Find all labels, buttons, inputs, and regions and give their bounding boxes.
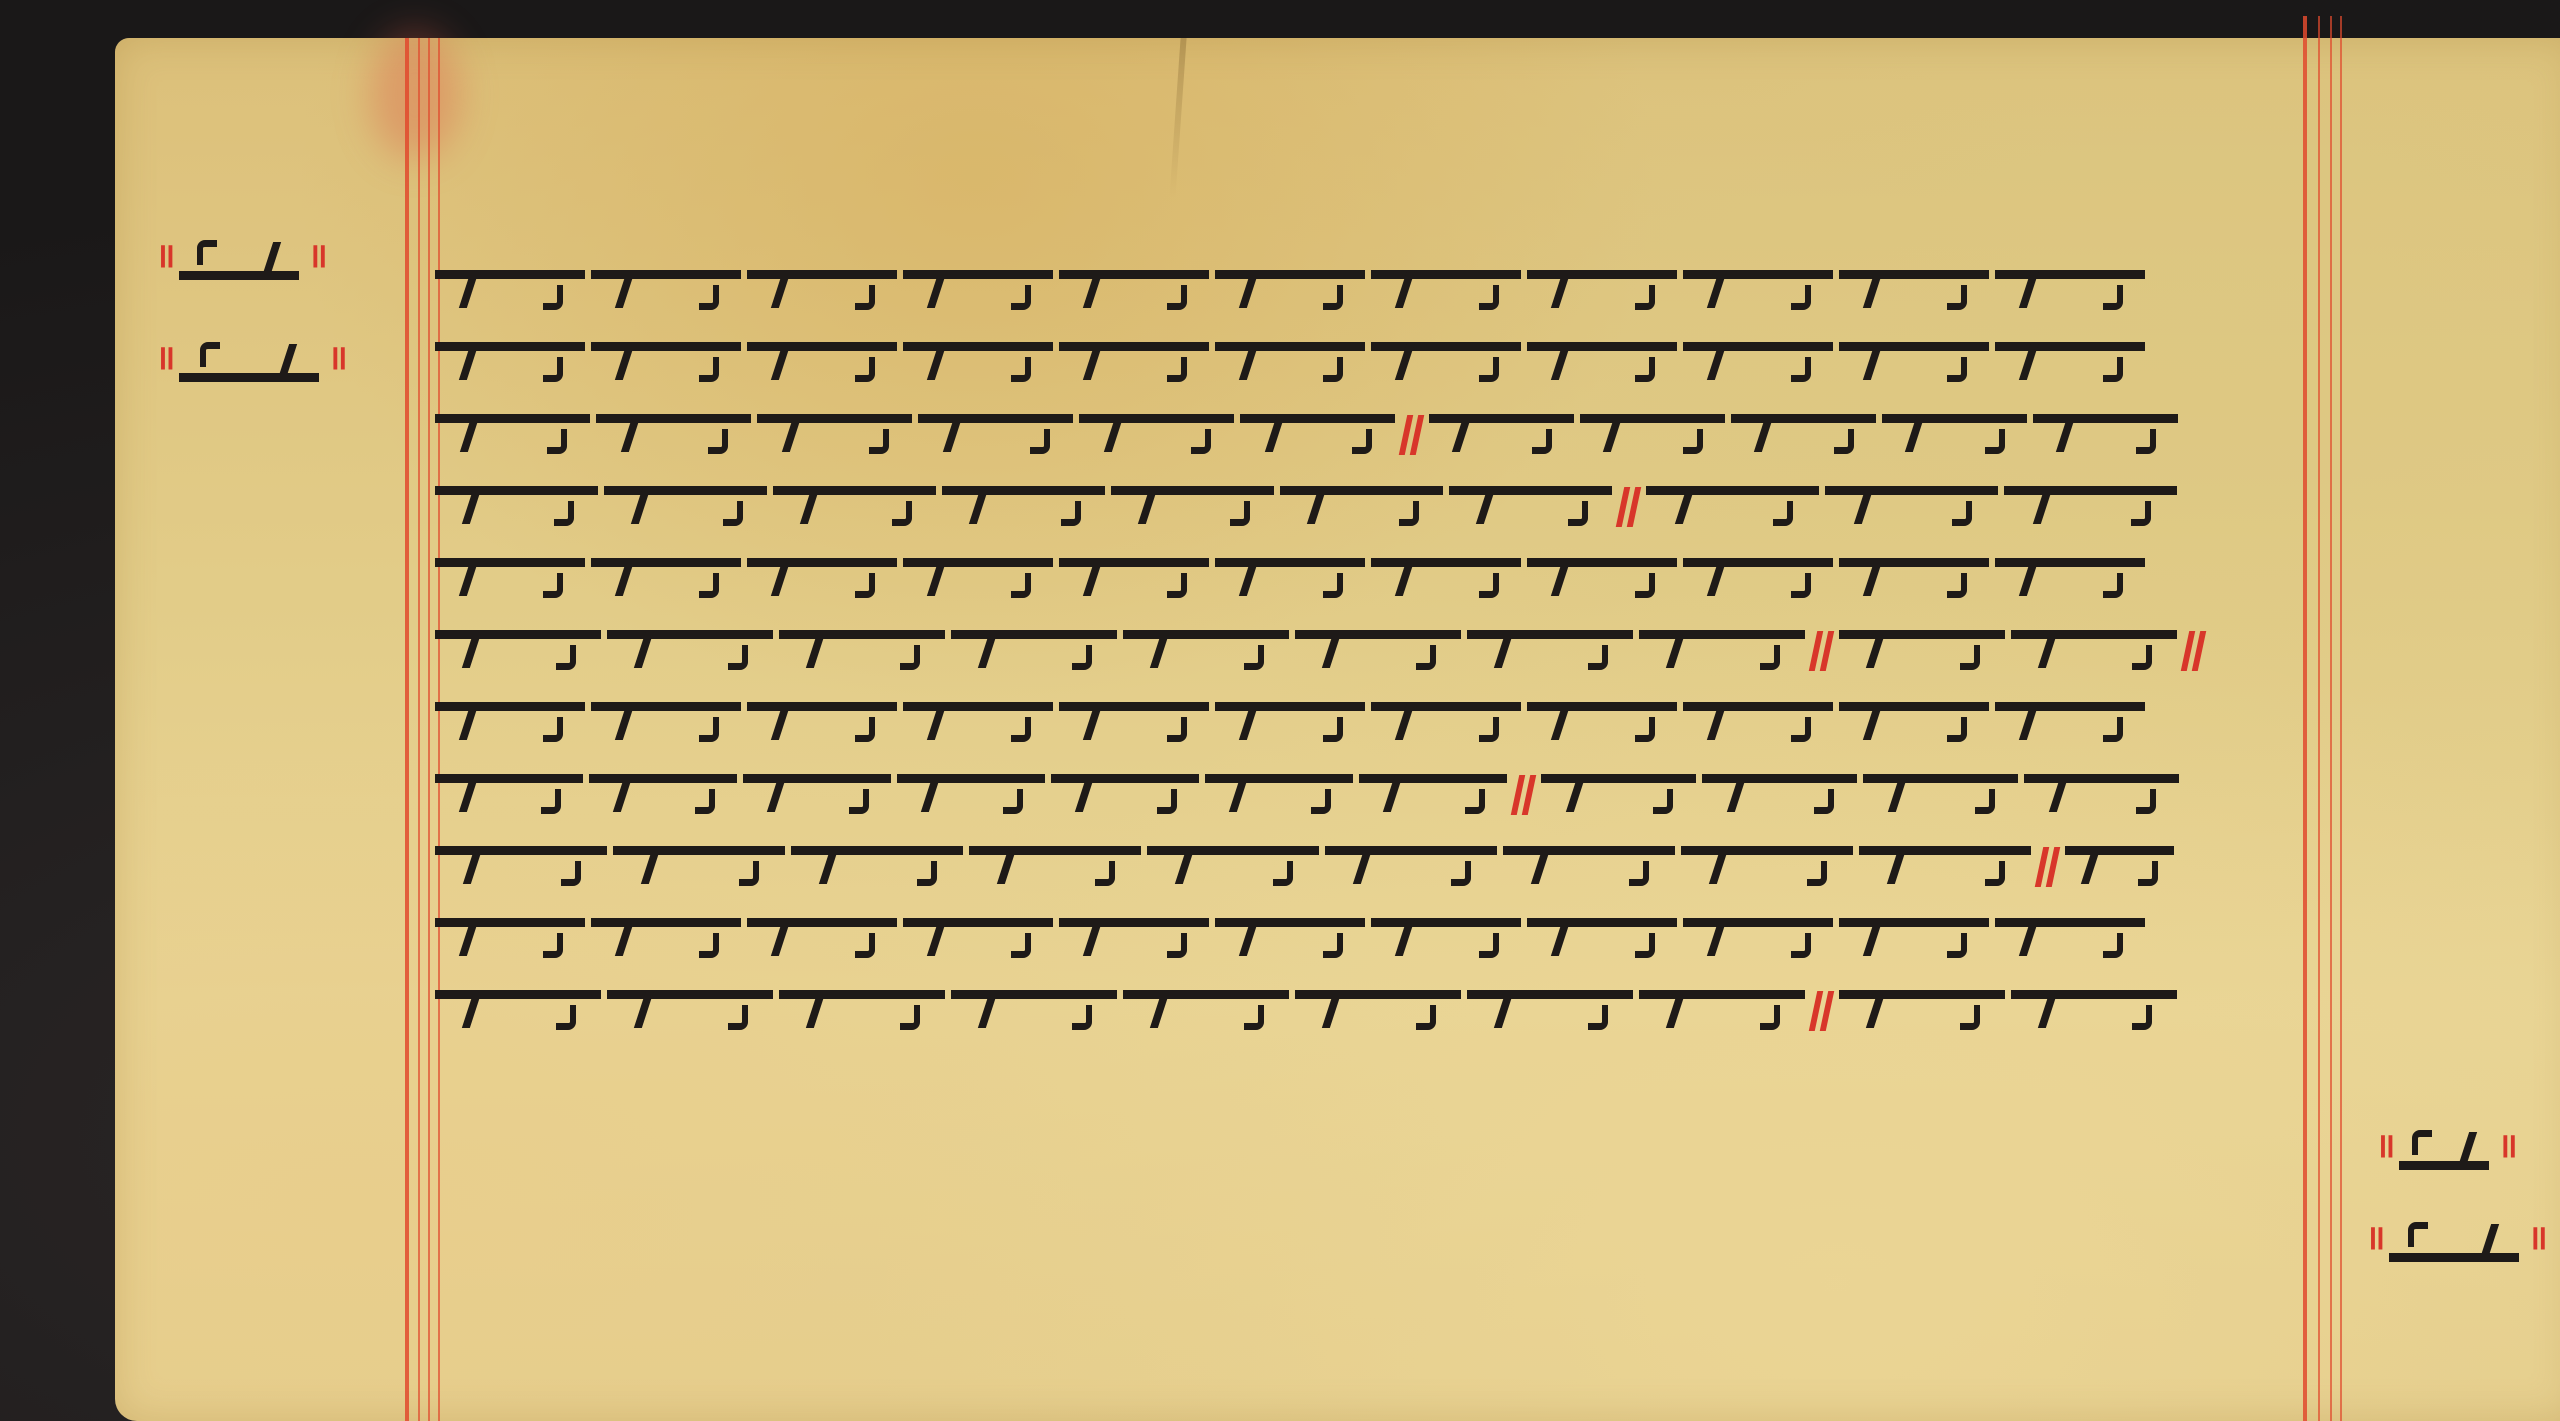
script-line xyxy=(435,759,2305,831)
script-glyph xyxy=(1059,918,1209,961)
script-glyph xyxy=(903,558,1053,601)
script-line xyxy=(435,327,2305,399)
script-glyph xyxy=(1111,486,1274,529)
script-glyph xyxy=(1467,990,1633,1033)
script-glyph xyxy=(1215,270,1365,313)
script-glyph xyxy=(435,630,601,673)
script-glyph xyxy=(773,486,936,529)
script-glyph xyxy=(1683,702,1833,745)
script-glyph xyxy=(1371,342,1521,385)
rubric-danda xyxy=(1811,631,1833,671)
script-glyph xyxy=(591,918,741,961)
script-glyph xyxy=(2011,630,2177,673)
script-glyph xyxy=(435,558,585,601)
script-glyph xyxy=(897,774,1045,817)
rubric-danda xyxy=(2183,631,2205,671)
script-glyph xyxy=(747,558,897,601)
script-line xyxy=(435,687,2305,759)
script-glyph xyxy=(591,342,741,385)
script-glyph xyxy=(1280,486,1443,529)
script-glyph xyxy=(2004,486,2177,529)
script-glyph xyxy=(903,270,1053,313)
right-ruling-line xyxy=(2340,16,2342,1421)
script-glyph xyxy=(903,342,1053,385)
script-glyph xyxy=(1995,342,2145,385)
script-line xyxy=(435,975,2305,1047)
folio-number-glyphs xyxy=(179,228,299,280)
script-line xyxy=(435,399,2305,471)
script-glyph xyxy=(1839,558,1989,601)
script-glyph xyxy=(604,486,767,529)
script-glyph xyxy=(1995,702,2145,745)
script-glyph xyxy=(1527,342,1677,385)
script-line xyxy=(435,543,2305,615)
script-glyph xyxy=(1683,270,1833,313)
script-glyph xyxy=(779,630,945,673)
script-glyph xyxy=(607,990,773,1033)
title-glyphs xyxy=(179,330,319,382)
rubric-danda xyxy=(1811,991,1833,1031)
rubric-danda xyxy=(1401,415,1423,455)
script-glyph xyxy=(1059,558,1209,601)
script-line xyxy=(435,903,2305,975)
left-ruling-line xyxy=(418,38,420,1421)
script-glyph xyxy=(1527,918,1677,961)
script-glyph xyxy=(435,414,590,457)
script-line xyxy=(435,615,2305,687)
script-glyph xyxy=(1371,918,1521,961)
script-glyph xyxy=(1059,702,1209,745)
script-glyph xyxy=(1059,342,1209,385)
script-glyph xyxy=(596,414,751,457)
rubric-danda xyxy=(1618,487,1640,527)
script-glyph xyxy=(435,342,585,385)
script-glyph xyxy=(747,702,897,745)
script-glyph xyxy=(747,342,897,385)
script-glyph xyxy=(1580,414,1725,457)
script-glyph xyxy=(1371,270,1521,313)
script-glyph xyxy=(1995,270,2145,313)
script-glyph xyxy=(951,630,1117,673)
script-glyph xyxy=(1839,990,2005,1033)
right-ruling-line xyxy=(2318,16,2320,1421)
right-margin-folio-number: ॥ ॥ xyxy=(2375,1118,2514,1170)
script-glyph xyxy=(2065,846,2174,889)
script-glyph xyxy=(1123,990,1289,1033)
script-glyph xyxy=(1863,774,2018,817)
script-glyph xyxy=(1839,918,1989,961)
script-glyph xyxy=(1839,630,2005,673)
right-ruling-line xyxy=(2330,16,2332,1421)
script-glyph xyxy=(1371,558,1521,601)
script-glyph xyxy=(1683,918,1833,961)
script-line xyxy=(435,255,2305,327)
script-glyph xyxy=(951,990,1117,1033)
script-glyph xyxy=(743,774,891,817)
script-glyph xyxy=(1295,990,1461,1033)
script-glyph xyxy=(1527,558,1677,601)
manuscript-text-block xyxy=(435,255,2305,1047)
script-glyph xyxy=(2024,774,2179,817)
script-glyph xyxy=(435,990,601,1033)
script-glyph xyxy=(1359,774,1507,817)
script-glyph xyxy=(1503,846,1675,889)
left-margin-title: ॥ ॥ xyxy=(155,330,344,382)
script-glyph xyxy=(1683,558,1833,601)
rubric-danda xyxy=(2037,847,2059,887)
script-glyph xyxy=(1639,990,1805,1033)
script-glyph xyxy=(1215,558,1365,601)
script-glyph xyxy=(942,486,1105,529)
script-glyph xyxy=(918,414,1073,457)
script-glyph xyxy=(2011,990,2177,1033)
script-glyph xyxy=(1702,774,1857,817)
script-glyph xyxy=(1646,486,1819,529)
script-glyph xyxy=(1527,270,1677,313)
script-glyph xyxy=(589,774,737,817)
script-glyph xyxy=(1839,342,1989,385)
script-glyph xyxy=(1527,702,1677,745)
script-glyph xyxy=(747,270,897,313)
script-glyph xyxy=(1995,558,2145,601)
script-glyph xyxy=(903,918,1053,961)
title-glyphs xyxy=(2389,1210,2519,1262)
script-glyph xyxy=(1859,846,2031,889)
script-glyph xyxy=(2033,414,2178,457)
script-glyph xyxy=(1147,846,1319,889)
left-ruling-line xyxy=(405,38,409,1421)
script-glyph xyxy=(747,918,897,961)
script-glyph xyxy=(1240,414,1395,457)
script-line xyxy=(435,831,2305,903)
script-glyph xyxy=(435,270,585,313)
script-glyph xyxy=(591,702,741,745)
script-glyph xyxy=(1059,270,1209,313)
script-glyph xyxy=(1215,918,1365,961)
script-glyph xyxy=(1882,414,2027,457)
script-glyph xyxy=(757,414,912,457)
script-glyph xyxy=(435,486,598,529)
folio-number-glyphs xyxy=(2399,1118,2489,1170)
right-margin-title: ॥ ॥ xyxy=(2365,1210,2544,1262)
script-glyph xyxy=(435,702,585,745)
script-glyph xyxy=(591,558,741,601)
script-glyph xyxy=(1541,774,1696,817)
script-glyph xyxy=(1295,630,1461,673)
script-glyph xyxy=(1839,270,1989,313)
script-glyph xyxy=(1205,774,1353,817)
left-margin-folio-number: ॥ ॥ xyxy=(155,228,324,280)
rubric-danda xyxy=(1513,775,1535,815)
script-glyph xyxy=(435,774,583,817)
script-glyph xyxy=(1215,342,1365,385)
script-glyph xyxy=(435,846,607,889)
script-glyph xyxy=(1325,846,1497,889)
script-glyph xyxy=(1681,846,1853,889)
script-glyph xyxy=(1825,486,1998,529)
script-glyph xyxy=(1731,414,1876,457)
script-glyph xyxy=(1995,918,2145,961)
script-glyph xyxy=(435,918,585,961)
script-glyph xyxy=(1429,414,1574,457)
script-glyph xyxy=(1839,702,1989,745)
script-glyph xyxy=(791,846,963,889)
script-glyph xyxy=(1371,702,1521,745)
script-glyph xyxy=(903,702,1053,745)
script-glyph xyxy=(1079,414,1234,457)
script-glyph xyxy=(607,630,773,673)
script-line xyxy=(435,471,2305,543)
script-glyph xyxy=(1449,486,1612,529)
script-glyph xyxy=(1467,630,1633,673)
script-glyph xyxy=(1051,774,1199,817)
red-pigment-stain xyxy=(370,30,460,160)
script-glyph xyxy=(969,846,1141,889)
script-glyph xyxy=(1123,630,1289,673)
script-glyph xyxy=(1639,630,1805,673)
script-glyph xyxy=(591,270,741,313)
script-glyph xyxy=(1683,342,1833,385)
script-glyph xyxy=(1215,702,1365,745)
script-glyph xyxy=(779,990,945,1033)
script-glyph xyxy=(613,846,785,889)
left-ruling-line xyxy=(428,38,430,1421)
